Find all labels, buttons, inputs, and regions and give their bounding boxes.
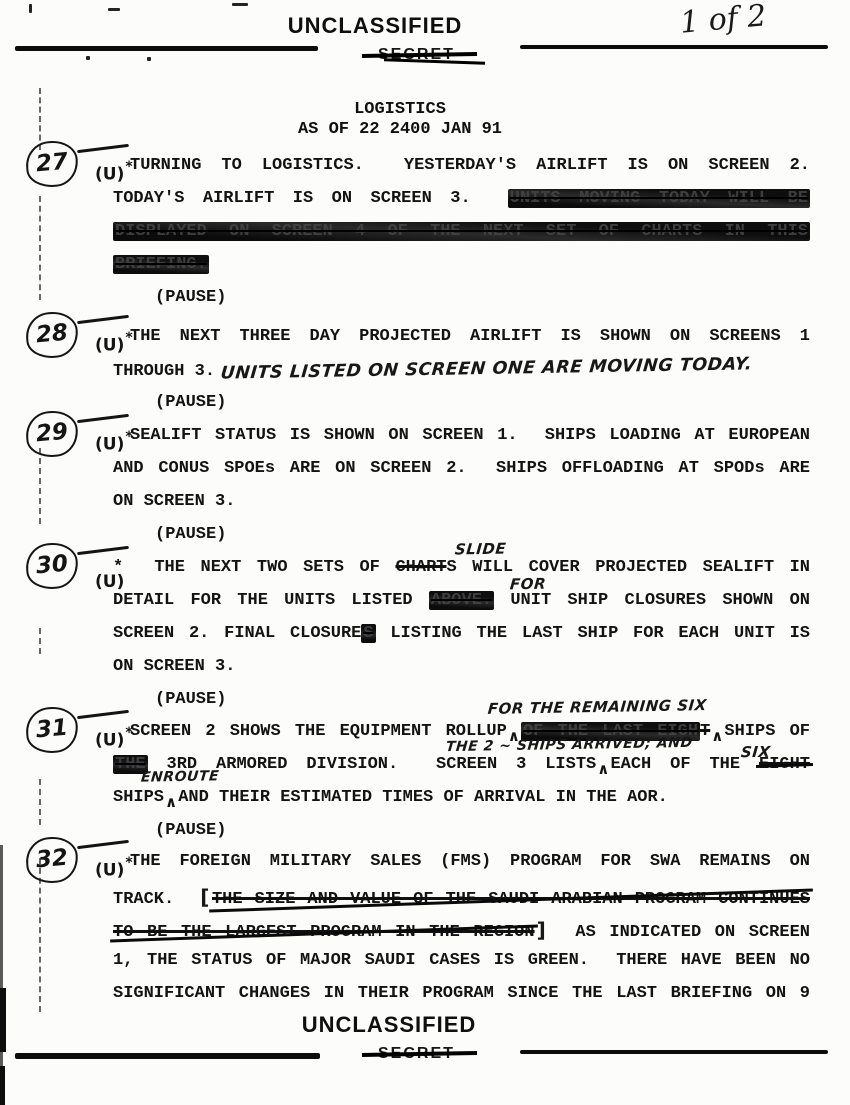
paragraph-number: 29 [35,419,69,448]
margin-dashed-line [39,858,41,1012]
text-line: DETAIL FOR THE UNITS LISTED ABOVE. UNIT … [113,591,810,624]
typed-text: TODAY'S AIRLIFT IS ON SCREEN 3. [113,189,508,208]
typed-text: THE NEXT THREE DAY PROJECTED AIRLIFT IS … [130,327,810,346]
footer-rule-left [15,1053,320,1059]
struck-text: THE SIZE AND VALUE OF THE SAUDI ARABIAN … [212,890,810,909]
text-line: SHIPS∧AND THEIR ESTIMATED TIMES OF ARRIV… [113,788,810,821]
scan-edge-bar [0,1066,5,1105]
paragraph-29: 29(U)*SEALIFT STATUS IS SHOWN ON SCREEN … [113,426,810,558]
paragraph-27: 27(U)*TURNING TO LOGISTICS. YESTERDAY'S … [113,156,810,321]
text-line: THE FOREIGN MILITARY SALES (FMS) PROGRAM… [113,852,810,885]
title-line2: AS OF 22 2400 JAN 91 [250,120,550,140]
redacted-text: DISPLAYED ON SCREEN 4 OF THE NEXT SET OF… [113,222,810,241]
margin-dashed-line [39,448,41,524]
typed-text: * THE NEXT TWO SETS OF [113,558,395,577]
document-title: LOGISTICS AS OF 22 2400 JAN 91 [250,100,550,140]
hand-stroke [77,144,129,153]
typed-text: SCREEN 2. FINAL CLOSURE [113,624,361,643]
text-line: * THE NEXT TWO SETS OF CHARTS WILL COVER… [113,558,810,591]
paragraph-number-circle: 31 [24,705,80,755]
margin-dashed-line [39,779,41,825]
typed-text: SHIPS OF [724,722,810,741]
text-line: SCREEN 2. FINAL CLOSURES LISTING THE LAS… [113,624,810,657]
handwritten-annotation: ENROUTE [140,768,219,785]
typed-text: DETAIL FOR THE UNITS LISTED [113,591,429,610]
footer-classification: UNCLASSIFIED [0,1012,778,1038]
typed-text: ON SCREEN 3. [113,657,235,676]
hand-bracket: [ [200,885,210,909]
typed-text: SEALIFT STATUS IS SHOWN ON SCREEN 1. SHI… [130,426,810,445]
typed-text: AS INDICATED ON SCREEN [548,923,810,942]
handwritten-annotation: FOR [509,575,547,594]
typed-text: THROUGH 3. [113,362,215,381]
typed-text: SHIPS [113,788,164,807]
text-line: TRACK. [THE SIZE AND VALUE OF THE SAUDI … [113,885,810,918]
paragraph-number: 28 [35,320,69,349]
typed-text: S WILL COVER PROJECTED SEALIFT IN [446,558,810,577]
title-line1: LOGISTICS [250,100,550,120]
text-line: 1, THE STATUS OF MAJOR SAUDI CASES IS GR… [113,951,810,984]
typed-text: TURNING TO LOGISTICS. YESTERDAY'S AIRLIF… [130,156,810,175]
header-rule-right [520,45,828,49]
typed-text: ON SCREEN 3. [113,492,235,511]
margin-dashed-line [39,88,41,150]
text-line: SEALIFT STATUS IS SHOWN ON SCREEN 1. SHI… [113,426,810,459]
typed-text: 1, THE STATUS OF MAJOR SAUDI CASES IS GR… [113,951,810,970]
pause-label: (PAUSE) [113,821,810,854]
paragraph-number-circle: 28 [24,310,80,360]
text-line: TO BE THE LARGEST PROGRAM IN THE REGION]… [113,918,810,951]
text-line: TURNING TO LOGISTICS. YESTERDAY'S AIRLIF… [113,156,810,189]
header-classification: UNCLASSIFIED [0,13,750,39]
text-line: ON SCREEN 3. [113,657,810,690]
margin-dashed-line [39,196,41,300]
struck-text: CHART [395,558,446,577]
typed-text: LISTING THE LAST SHIP FOR EACH UNIT IS [376,624,810,643]
paragraph-28: 28(U)*THE NEXT THREE DAY PROJECTED AIRLI… [113,327,810,426]
insertion-caret: ∧ [597,760,609,778]
redacted-text: UNITS MOVING TODAY WILL BE [508,189,810,208]
redacted-text: S [361,624,375,643]
margin-dashed-line [39,628,41,654]
text-line: ON SCREEN 3. [113,492,810,525]
scan-speck [29,4,32,13]
typed-text: AND CONUS SPOEs ARE ON SCREEN 2. SHIPS O… [113,459,810,478]
paragraph-31: 31(U)*SCREEN 2 SHOWS THE EQUIPMENT ROLLU… [113,722,810,854]
page-number-note: 1 of 2 [679,0,768,41]
typed-text: UNIT SHIP CLOSURES SHOWN ON [494,591,810,610]
paragraph-number: 27 [35,149,69,178]
handwritten-annotation: FOR THE REMAINING SIX [487,696,708,718]
paragraph-number-circle: 32 [24,835,80,885]
text-line: TODAY'S AIRLIFT IS ON SCREEN 3. UNITS MO… [113,189,810,222]
redacted-text: ABOVE. [429,591,494,610]
insertion-caret: ∧ [711,727,723,745]
struck-text: TO BE THE LARGEST PROGRAM IN THE REGION [113,923,535,942]
text-line: THROUGH 3.UNITS LISTED ON SCREEN ONE ARE… [113,360,810,393]
paragraph-32: 32(U)*THE FOREIGN MILITARY SALES (FMS) P… [113,852,810,1017]
handwritten-annotation: SIX [740,743,771,762]
header-rule-left [15,46,318,51]
scan-speck [86,56,90,60]
typed-text: THE FOREIGN MILITARY SALES (FMS) PROGRAM… [130,852,810,871]
typed-text: SIGNIFICANT CHANGES IN THEIR PROGRAM SIN… [113,984,810,1003]
text-line: DISPLAYED ON SCREEN 4 OF THE NEXT SET OF… [113,222,810,255]
footer-rule-right [520,1050,828,1054]
scanned-document-page: UNCLASSIFIED 1 of 2 SECRET LOGISTICS AS … [0,0,850,1105]
hand-bracket: ] [537,918,547,942]
struck-text: T [700,722,710,741]
footer-secret-struck: SECRET [378,1045,455,1063]
insertion-caret: ∧ [165,793,177,811]
paragraph-number-circle: 29 [24,409,80,459]
handwritten-annotation: SLIDE [454,540,507,559]
pause-label: (PAUSE) [113,288,810,321]
paragraph-number: 30 [35,551,69,580]
paragraph-number-circle: 30 [24,541,80,591]
pause-label: (PAUSE) [113,393,810,426]
scan-speck [147,57,151,61]
typed-text: AND THEIR ESTIMATED TIMES OF ARRIVAL IN … [178,788,668,807]
typed-text: TRACK. [113,890,198,909]
paragraph-number-circle: 27 [24,139,80,189]
redacted-text: BRIEFING. [113,255,209,274]
text-line: BRIEFING. [113,255,810,288]
scan-edge-bar [0,988,6,1052]
typed-text: EACH OF THE [610,755,759,774]
text-line: AND CONUS SPOEs ARE ON SCREEN 2. SHIPS O… [113,459,810,492]
header-secret-struck: SECRET [378,46,455,64]
scan-speck [232,3,248,6]
scan-speck [108,8,120,11]
paragraph-number: 31 [35,715,69,744]
